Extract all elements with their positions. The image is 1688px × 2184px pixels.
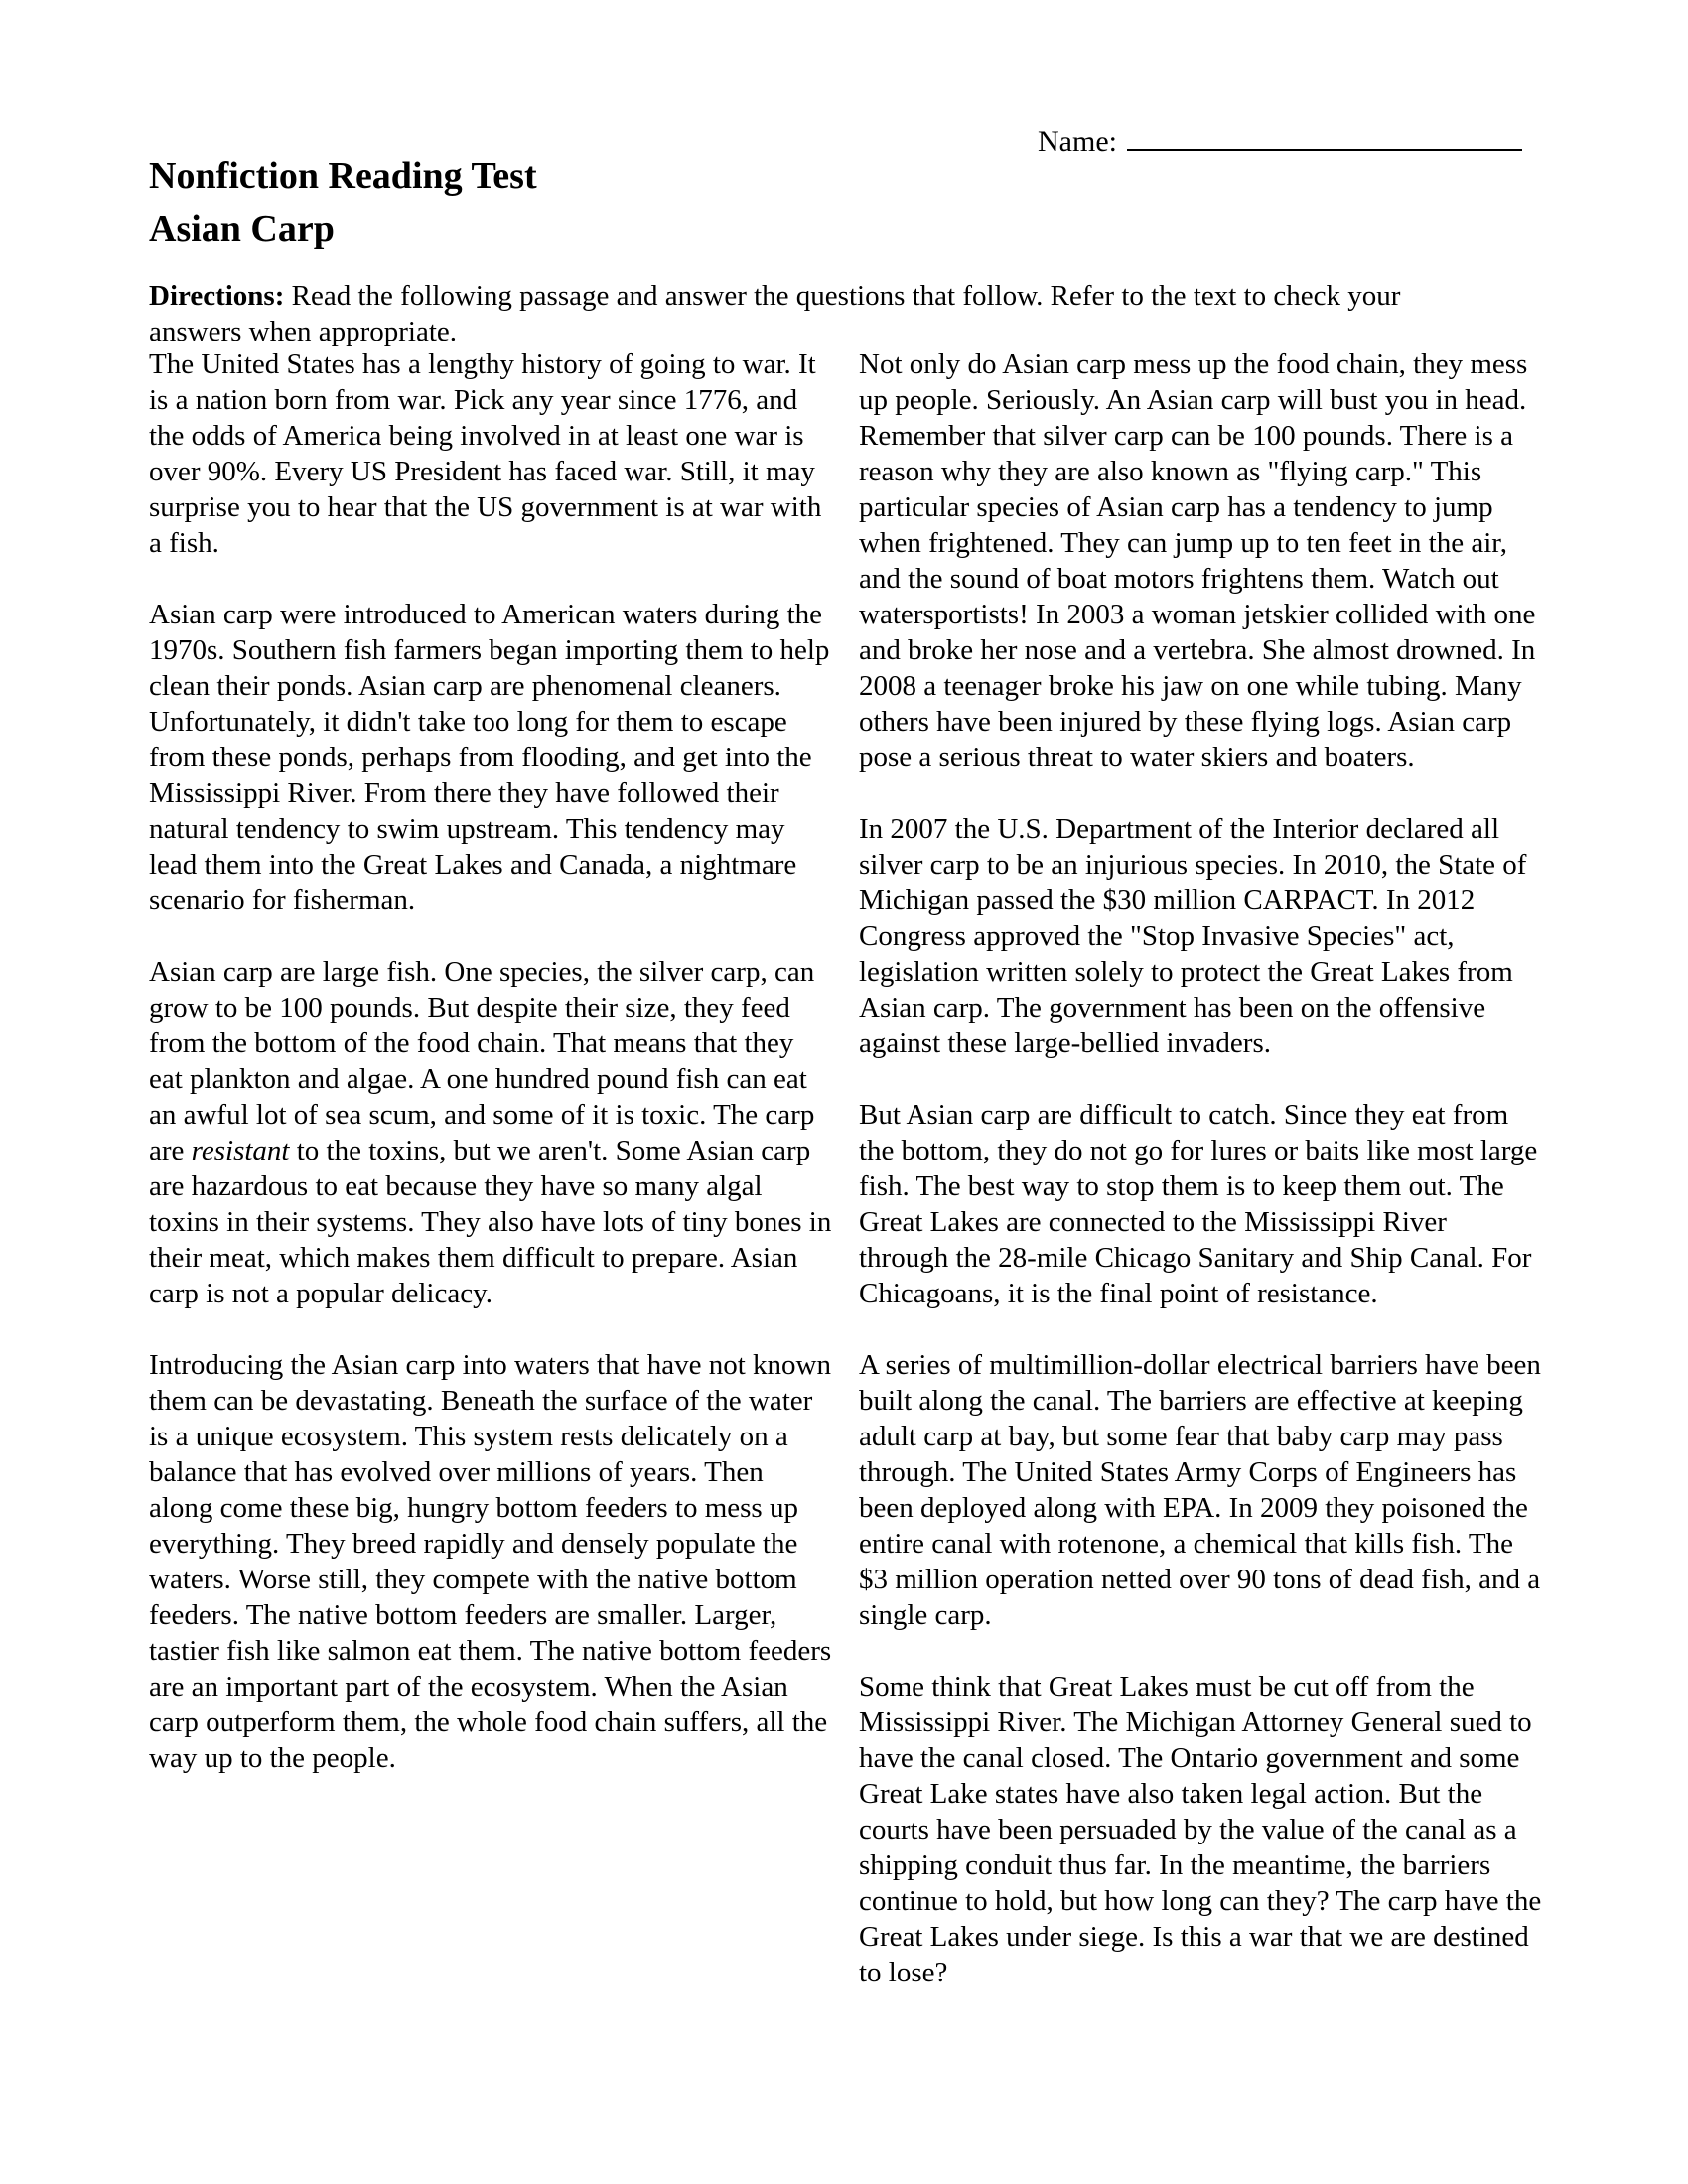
name-label: Name: <box>1038 125 1117 158</box>
directions: Directions: Read the following passage a… <box>149 278 1470 349</box>
passage-column-left: The United States has a lengthy history … <box>149 346 833 1990</box>
name-blank-line <box>1127 145 1522 151</box>
passage-paragraph-3: Asian carp are large fish. One species, … <box>149 954 833 1311</box>
title-line-1: Nonfiction Reading Test <box>149 149 537 203</box>
passage-paragraph-5: Not only do Asian carp mess up the food … <box>859 346 1543 775</box>
passage-paragraph-4: Introducing the Asian carp into waters t… <box>149 1347 833 1776</box>
passage-paragraph-6: In 2007 the U.S. Department of the Inter… <box>859 811 1543 1061</box>
directions-label: Directions: <box>149 280 284 312</box>
directions-text: Read the following passage and answer th… <box>149 280 1400 347</box>
page-title: Nonfiction Reading TestAsian Carp <box>149 149 537 256</box>
passage-paragraph-1: The United States has a lengthy history … <box>149 346 833 561</box>
paragraph-3-italic-word: resistant <box>192 1135 290 1166</box>
passage-paragraph-9: Some think that Great Lakes must be cut … <box>859 1669 1543 1990</box>
passage-column-right: Not only do Asian carp mess up the food … <box>859 346 1543 1990</box>
passage-paragraph-7: But Asian carp are difficult to catch. S… <box>859 1097 1543 1311</box>
passage-paragraph-2: Asian carp were introduced to American w… <box>149 597 833 918</box>
name-row: Name: <box>1038 125 1522 159</box>
worksheet-page: Name: Nonfiction Reading TestAsian Carp … <box>0 0 1688 2184</box>
title-line-2: Asian Carp <box>149 203 537 256</box>
passage-columns: The United States has a lengthy history … <box>149 346 1543 1990</box>
passage-paragraph-8: A series of multimillion-dollar electric… <box>859 1347 1543 1633</box>
